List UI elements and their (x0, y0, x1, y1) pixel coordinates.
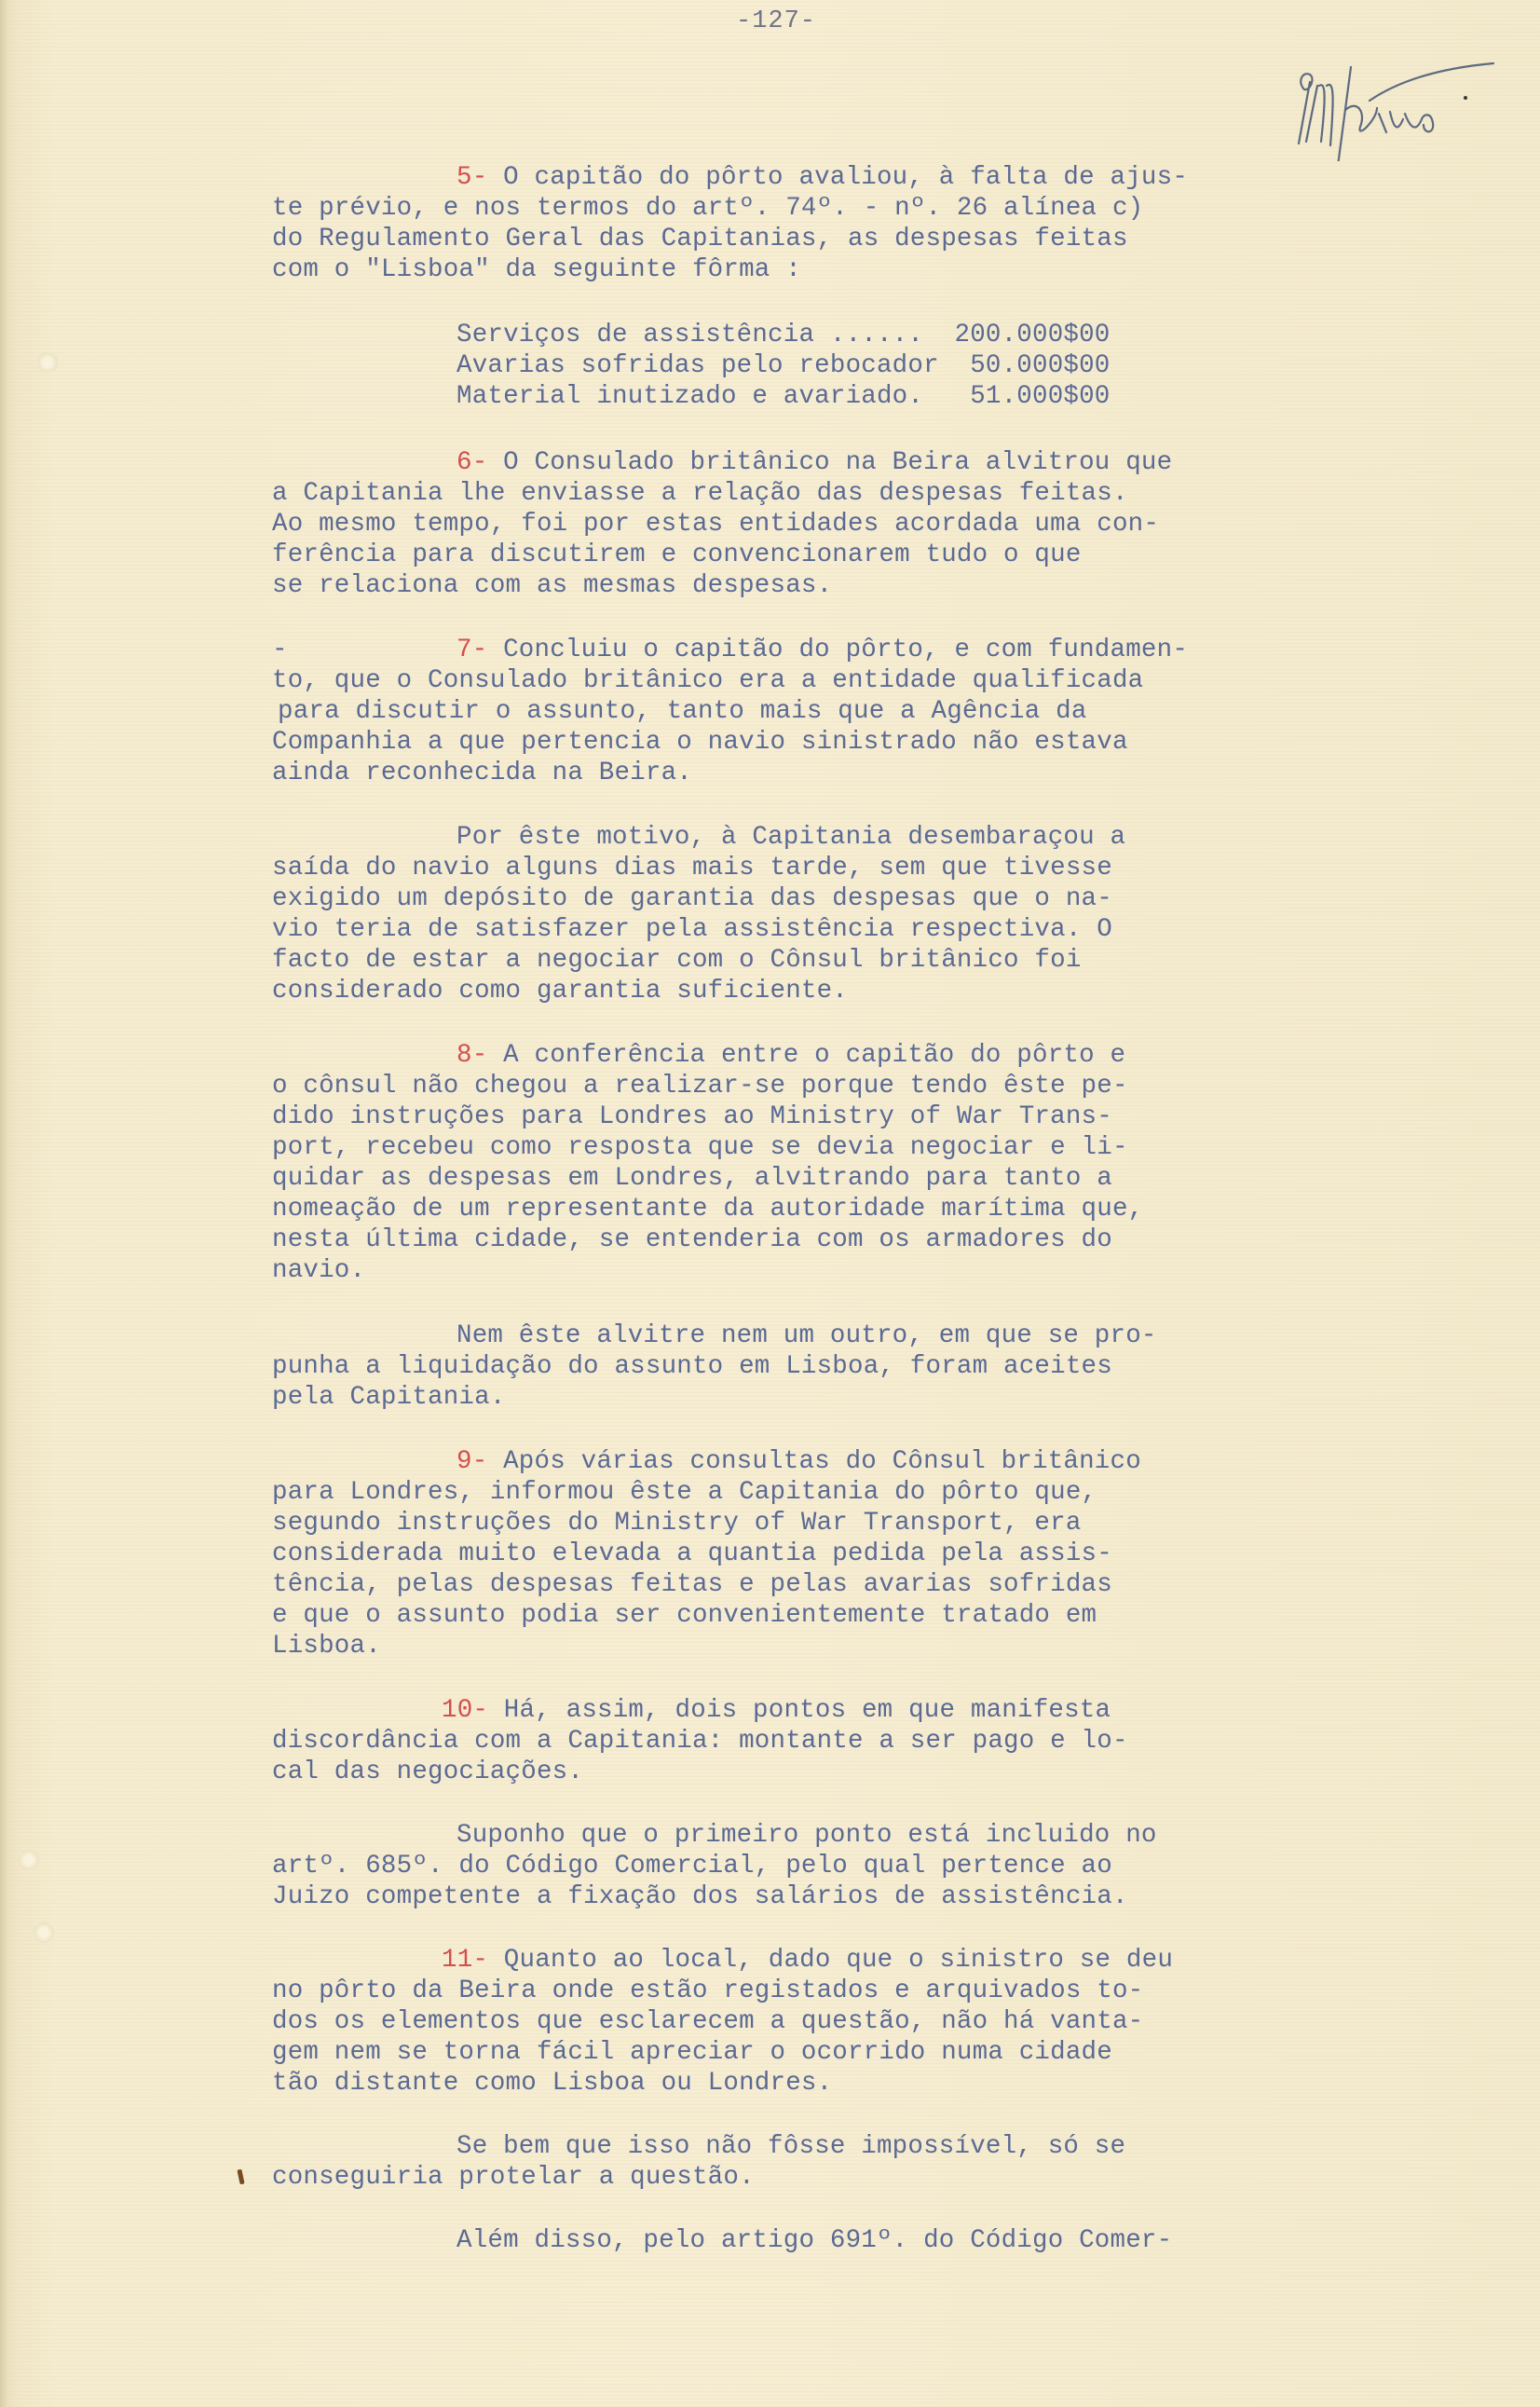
line-text: ainda reconhecida na Beira. (272, 759, 692, 787)
text-line: Material inutizado e avariado. 51.000$00 (457, 381, 1111, 412)
text-line: 8- A conferência entre o capitão do pôrt… (457, 1040, 1125, 1071)
line-text: Além disso, pelo artigo 691º. do Código … (457, 2226, 1172, 2255)
line-text: gem nem se torna fácil apreciar o ocorri… (272, 2038, 1112, 2067)
line-text: a Capitania lhe enviasse a relação das d… (272, 479, 1128, 508)
line-text: Suponho que o primeiro ponto está inclui… (457, 1821, 1157, 1850)
line-text: nesta última cidade, se entenderia com o… (272, 1225, 1112, 1254)
page-number: -127- (736, 7, 816, 35)
text-line: se relaciona com as mesmas despesas. (272, 570, 832, 601)
text-line: para Londres, informou êste a Capitania … (272, 1477, 1097, 1508)
line-text: considerada muito elevada a quantia pedi… (272, 1539, 1112, 1568)
paragraph-number: 11- (442, 1946, 488, 1975)
line-text: port, recebeu como resposta que se devia… (272, 1133, 1128, 1162)
line-text: com o "Lisboa" da seguinte fôrma : (272, 255, 801, 284)
line-text: Há, assim, dois pontos em que manifesta (488, 1696, 1111, 1725)
text-line: dido instruções para Londres ao Ministry… (272, 1101, 1112, 1132)
text-line: cal das negociações. (272, 1757, 583, 1787)
text-line: Nem êste alvitre nem um outro, em que se… (457, 1320, 1157, 1351)
text-line: Por êste motivo, à Capitania desembaraço… (457, 822, 1125, 853)
line-text: conseguiria protelar a questão. (272, 2163, 755, 2192)
line-text: to, que o Consulado britânico era a enti… (272, 666, 1143, 695)
text-line: com o "Lisboa" da seguinte fôrma : (272, 254, 801, 285)
text-line: Se bem que isso não fôsse impossível, só… (457, 2131, 1125, 2162)
line-text: nomeação de um representante da autorida… (272, 1195, 1143, 1224)
line-text: O capitão do pôrto avaliou, à falta de a… (487, 163, 1188, 192)
line-text: se relaciona com as mesmas despesas. (272, 571, 832, 600)
text-line: 7- Concluiu o capitão do pôrto, e com fu… (457, 635, 1188, 665)
text-line: 9- Após várias consultas do Cônsul britâ… (457, 1446, 1141, 1477)
line-text: facto de estar a negociar com o Cônsul b… (272, 946, 1082, 975)
line-text: dido instruções para Londres ao Ministry… (272, 1102, 1112, 1131)
line-text: Concluiu o capitão do pôrto, e com funda… (487, 636, 1188, 664)
text-line: segundo instruções do Ministry of War Tr… (272, 1508, 1082, 1539)
text-line: punha a liquidação do assunto em Lisboa,… (272, 1351, 1112, 1382)
text-line: e que o assunto podia ser convenientemen… (272, 1600, 1097, 1631)
line-text: te prévio, e nos termos do artº. 74º. - … (272, 194, 1143, 223)
line-text: Lisboa. (272, 1632, 381, 1661)
line-text: - (272, 636, 458, 664)
text-line: vio teria de satisfazer pela assistência… (272, 914, 1112, 945)
line-text: Avarias sofridas pelo rebocador 50.000$0… (457, 351, 1111, 380)
text-line: te prévio, e nos termos do artº. 74º. - … (272, 193, 1143, 224)
line-text: dos os elementos que esclarecem a questã… (272, 2007, 1143, 2036)
text-line: saída do navio alguns dias mais tarde, s… (272, 853, 1112, 883)
paragraph-number: 9- (457, 1447, 487, 1476)
text-line: tão distante como Lisboa ou Londres. (272, 2068, 832, 2099)
paper-left-edge (0, 0, 9, 2407)
line-text: tência, pelas despesas feitas e pelas av… (272, 1570, 1112, 1599)
paragraph-number: 8- (457, 1041, 487, 1070)
line-text: saída do navio alguns dias mais tarde, s… (272, 854, 1112, 882)
line-text: quidar as despesas em Londres, alvitrand… (272, 1164, 1112, 1193)
text-line: navio. (272, 1255, 365, 1286)
text-line: discordância com a Capitania: montante a… (272, 1726, 1128, 1757)
line-text: Juizo competente a fixação dos salários … (272, 1882, 1128, 1911)
text-line: dos os elementos que esclarecem a questã… (272, 2006, 1143, 2037)
text-line: Companhia a que pertencia o navio sinist… (272, 727, 1128, 758)
line-text: considerado como garantia suficiente. (272, 977, 848, 1005)
line-text: O Consulado britânico na Beira alvitrou … (487, 448, 1172, 477)
text-line: Além disso, pelo artigo 691º. do Código … (457, 2225, 1172, 2256)
line-text: Após várias consultas do Cônsul britânic… (487, 1447, 1141, 1476)
text-line: 6- O Consulado britânico na Beira alvitr… (457, 447, 1172, 478)
text-line: Lisboa. (272, 1631, 381, 1662)
line-text: segundo instruções do Ministry of War Tr… (272, 1509, 1082, 1538)
line-text: Por êste motivo, à Capitania desembaraço… (457, 823, 1125, 852)
text-line: conseguiria protelar a questão. (272, 2162, 755, 2193)
line-text: cal das negociações. (272, 1757, 583, 1786)
line-text: o cônsul não chegou a realizar-se porque… (272, 1072, 1128, 1101)
line-text: A conferência entre o capitão do pôrto e (487, 1041, 1125, 1070)
paragraph-number: 7- (457, 636, 487, 664)
line-text: discordância com a Capitania: montante a… (272, 1727, 1128, 1756)
text-line: ainda reconhecida na Beira. (272, 758, 692, 788)
text-line: to, que o Consulado britânico era a enti… (272, 665, 1143, 696)
line-text: Companhia a que pertencia o navio sinist… (272, 728, 1128, 757)
line-text: Ao mesmo tempo, foi por estas entidades … (272, 510, 1159, 539)
signature-icon (1293, 54, 1503, 161)
line-text: Quanto ao local, dado que o sinistro se … (488, 1946, 1173, 1975)
text-line: - (272, 635, 458, 665)
text-line: artº. 685º. do Código Comercial, pelo qu… (272, 1851, 1112, 1881)
text-line: 10- Há, assim, dois pontos em que manife… (442, 1695, 1111, 1726)
line-text: para discutir o assunto, tanto mais que … (278, 697, 1087, 726)
line-text: Nem êste alvitre nem um outro, em que se… (457, 1321, 1157, 1350)
punch-hole (19, 1850, 39, 1870)
paragraph-number: 10- (442, 1696, 488, 1725)
text-line: gem nem se torna fácil apreciar o ocorri… (272, 2037, 1112, 2068)
text-line: 5- O capitão do pôrto avaliou, à falta d… (457, 162, 1188, 193)
line-text: ferência para discutirem e convencionare… (272, 540, 1082, 569)
line-text: Se bem que isso não fôsse impossível, só… (457, 2132, 1125, 2161)
text-line: facto de estar a negociar com o Cônsul b… (272, 945, 1082, 976)
text-line: pela Capitania. (272, 1382, 506, 1413)
line-text: pela Capitania. (272, 1383, 506, 1412)
text-line: Ao mesmo tempo, foi por estas entidades … (272, 509, 1159, 540)
punch-hole (34, 1922, 54, 1943)
text-line: a Capitania lhe enviasse a relação das d… (272, 478, 1128, 509)
line-text: no pôrto da Beira onde estão registados … (272, 1976, 1143, 2005)
text-line: o cônsul não chegou a realizar-se porque… (272, 1071, 1128, 1101)
text-line: do Regulamento Geral das Capitanias, as … (272, 224, 1128, 254)
text-line: 11- Quanto ao local, dado que o sinistro… (442, 1945, 1173, 1976)
line-text: do Regulamento Geral das Capitanias, as … (272, 225, 1128, 253)
text-line: Serviços de assistência ...... 200.000$0… (457, 320, 1111, 350)
text-line: para discutir o assunto, tanto mais que … (278, 696, 1087, 727)
punch-hole (37, 352, 58, 373)
paragraph-number: 6- (457, 448, 487, 477)
text-line: considerada muito elevada a quantia pedi… (272, 1539, 1112, 1569)
text-line: Avarias sofridas pelo rebocador 50.000$0… (457, 350, 1111, 381)
line-text: exigido um depósito de garantia das desp… (272, 884, 1112, 913)
line-text: navio. (272, 1256, 365, 1285)
line-text: para Londres, informou êste a Capitania … (272, 1478, 1097, 1507)
text-line: Suponho que o primeiro ponto está inclui… (457, 1820, 1157, 1851)
line-text: e que o assunto podia ser convenientemen… (272, 1601, 1097, 1630)
line-text: vio teria de satisfazer pela assistência… (272, 915, 1112, 944)
paragraph-number: 5- (457, 163, 487, 192)
text-line: tência, pelas despesas feitas e pelas av… (272, 1569, 1112, 1600)
line-text: tão distante como Lisboa ou Londres. (272, 2069, 832, 2098)
text-line: quidar as despesas em Londres, alvitrand… (272, 1163, 1112, 1194)
text-line: nesta última cidade, se entenderia com o… (272, 1224, 1112, 1255)
line-text: artº. 685º. do Código Comercial, pelo qu… (272, 1852, 1112, 1880)
line-text: Material inutizado e avariado. 51.000$00 (457, 382, 1111, 411)
text-line: Juizo competente a fixação dos salários … (272, 1881, 1128, 1912)
text-line: ferência para discutirem e convencionare… (272, 540, 1082, 570)
text-line: nomeação de um representante da autorida… (272, 1194, 1143, 1224)
line-text: punha a liquidação do assunto em Lisboa,… (272, 1352, 1112, 1381)
line-text: Serviços de assistência ...... 200.000$0… (457, 321, 1111, 349)
text-line: port, recebeu como resposta que se devia… (272, 1132, 1128, 1163)
text-line: no pôrto da Beira onde estão registados … (272, 1976, 1143, 2006)
text-line: exigido um depósito de garantia das desp… (272, 883, 1112, 914)
text-line: considerado como garantia suficiente. (272, 976, 848, 1006)
